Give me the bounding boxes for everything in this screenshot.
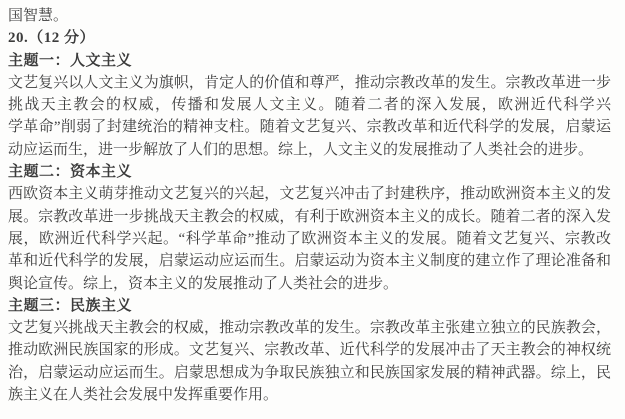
body-line: 挑战天主教会的权威，传播和发展人文主义。随着二者的深入发展，欧洲近代科学兴起。“… (8, 94, 611, 116)
body-line: 推动欧洲民族国家的形成。文艺复兴、宗教改革、近代科学的发展冲击了天主教会的神权统 (8, 339, 611, 361)
answer-sheet-page: 国智慧。 20.（12 分） 主题一：人文主义 文艺复兴以人文主义为旗帜，肯定人… (0, 0, 625, 419)
body-line: 革和近代科学的发展，启蒙运动应运而生。启蒙运动为资本主义制度的建立作了理论准备和 (8, 250, 611, 272)
section-heading-capitalism: 主题二：资本主义 (8, 161, 611, 183)
body-line: 展。宗教改革进一步挑战天主教会的权威，有利于欧洲资本主义的成长。随着二者的深入发 (8, 206, 611, 228)
question-number: 20.（12 分） (8, 27, 611, 49)
body-line: 展，欧洲近代科学兴起。“科学革命”推动了欧洲资本主义的发展。随着文艺复兴、宗教改 (8, 228, 611, 250)
body-line: 治，启蒙运动应运而生。启蒙思想成为争取民族独立和民族国家发展的精神武器。综上，民 (8, 362, 611, 384)
body-line: 族主义在人类社会发展中发挥重要作用。 (8, 384, 611, 406)
body-line: 西欧资本主义萌芽推动文艺复兴的兴起，文艺复兴冲击了封建秩序，推动欧洲资本主义的发 (8, 183, 611, 205)
section-heading-humanism: 主题一：人文主义 (8, 50, 611, 72)
body-line: 文艺复兴以人文主义为旗帜，肯定人的价值和尊严，推动宗教改革的发生。宗教改革进一步 (8, 72, 611, 94)
fragment-line: 国智慧。 (8, 5, 611, 27)
body-line: 学革命”削弱了封建统治的精神支柱。随着文艺复兴、宗教改革和近代科学的发展，启蒙运 (8, 116, 611, 138)
body-line: 舆论宣传。综上，资本主义的发展推动了人类社会的进步。 (8, 273, 611, 295)
body-line: 动应运而生，进一步解放了人们的思想。综上，人文主义的发展推动了人类社会的进步。 (8, 139, 611, 161)
body-line: 文艺复兴挑战天主教会的权威，推动宗教改革的发生。宗教改革主张建立独立的民族教会， (8, 317, 611, 339)
section-heading-nationalism: 主题三：民族主义 (8, 295, 611, 317)
